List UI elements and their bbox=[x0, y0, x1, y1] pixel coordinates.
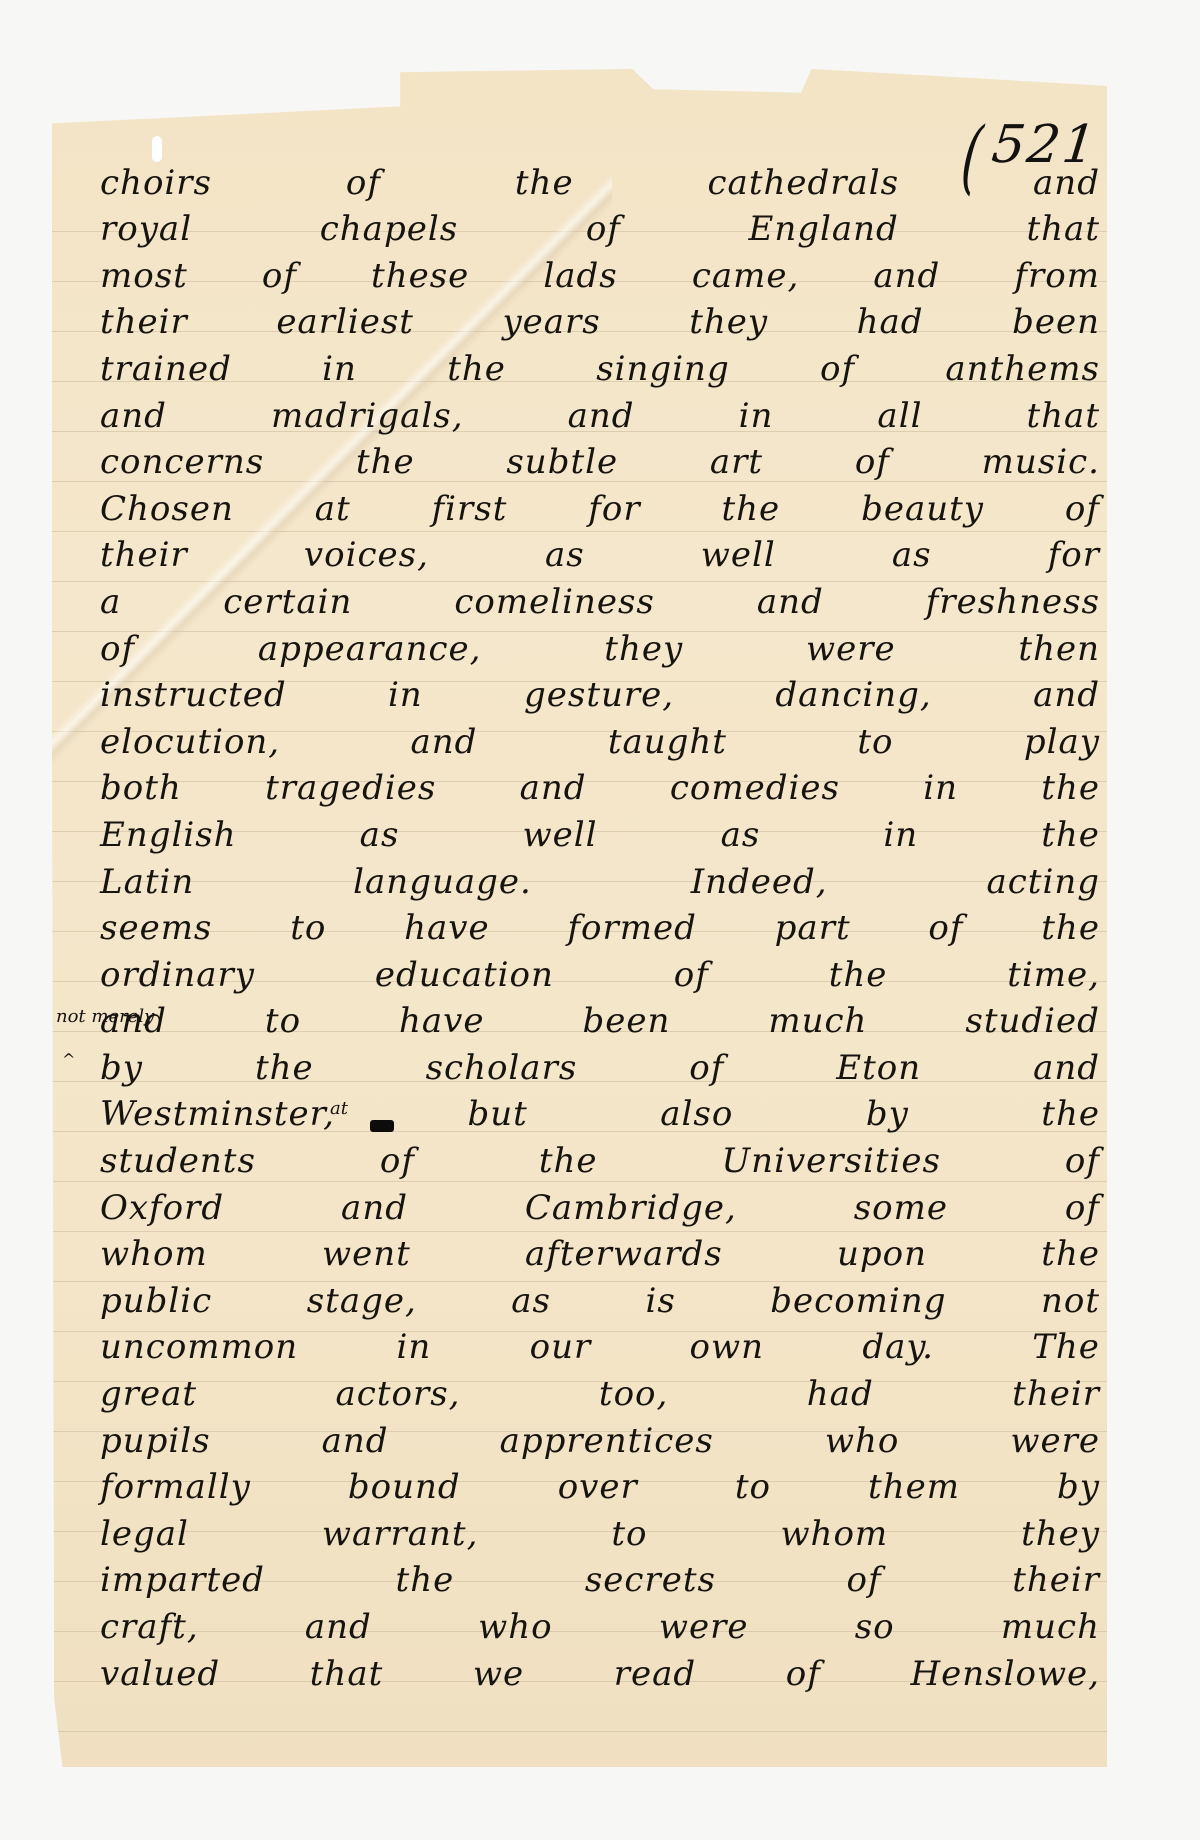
manuscript-word: and bbox=[873, 256, 940, 296]
manuscript-line: Englishaswellasinthe bbox=[100, 808, 1100, 855]
manuscript-word: whom bbox=[100, 1234, 208, 1274]
manuscript-word: of bbox=[1065, 1141, 1100, 1181]
manuscript-word: chapels bbox=[320, 209, 458, 249]
manuscript-word: they bbox=[689, 302, 768, 342]
manuscript-word: Universities bbox=[722, 1141, 941, 1181]
manuscript-word: years bbox=[502, 302, 600, 342]
manuscript-word: had bbox=[857, 302, 924, 342]
manuscript-word: been bbox=[582, 1001, 670, 1041]
manuscript-word: the bbox=[1041, 1234, 1100, 1274]
manuscript-word: been bbox=[1012, 302, 1100, 342]
manuscript-word: scholars bbox=[426, 1048, 578, 1088]
manuscript-line: craft,andwhoweresomuch bbox=[100, 1600, 1100, 1647]
manuscript-word: the bbox=[1041, 1094, 1100, 1134]
manuscript-word: their bbox=[100, 535, 188, 575]
manuscript-word: that bbox=[310, 1654, 384, 1694]
manuscript-line: mostoftheseladscame,andfrom bbox=[100, 249, 1100, 296]
manuscript-word: the bbox=[722, 489, 781, 529]
manuscript-word: over bbox=[558, 1467, 638, 1507]
manuscript-word: as bbox=[892, 535, 932, 575]
manuscript-word: well bbox=[701, 535, 776, 575]
manuscript-word: at bbox=[315, 489, 351, 529]
manuscript-word: for bbox=[1048, 535, 1100, 575]
manuscript-word: we bbox=[473, 1654, 524, 1694]
manuscript-word: lads bbox=[543, 256, 617, 296]
manuscript-word: who bbox=[825, 1421, 899, 1461]
manuscript-word: secrets bbox=[585, 1560, 716, 1600]
manuscript-word: have bbox=[399, 1001, 485, 1041]
manuscript-word: Chosen bbox=[100, 489, 234, 529]
manuscript-word: were bbox=[659, 1607, 749, 1647]
manuscript-word: these bbox=[371, 256, 469, 296]
manuscript-word: actors, bbox=[336, 1374, 461, 1414]
manuscript-word: of bbox=[1065, 1188, 1100, 1228]
manuscript-line: formallyboundovertothemby bbox=[100, 1461, 1100, 1508]
manuscript-word: to bbox=[290, 908, 326, 948]
manuscript-word: own bbox=[690, 1327, 764, 1367]
manuscript-word: craft, bbox=[100, 1607, 199, 1647]
manuscript-word: and bbox=[341, 1188, 408, 1228]
manuscript-word: and bbox=[568, 396, 635, 436]
manuscript-word: instructed bbox=[100, 675, 287, 715]
manuscript-word: their bbox=[1012, 1374, 1100, 1414]
manuscript-word: art bbox=[710, 442, 763, 482]
manuscript-line: bothtragediesandcomediesinthe bbox=[100, 762, 1100, 809]
manuscript-word: of bbox=[689, 1048, 724, 1088]
manuscript-word: of bbox=[346, 163, 381, 203]
manuscript-word: Oxford bbox=[100, 1188, 224, 1228]
manuscript-word: play bbox=[1024, 722, 1100, 762]
manuscript-line: choirsofthecathedralsand bbox=[100, 156, 1100, 203]
manuscript-word: madrigals, bbox=[271, 396, 464, 436]
manuscript-word: beauty bbox=[861, 489, 984, 529]
manuscript-line: whomwentafterwardsuponthe bbox=[100, 1228, 1100, 1275]
manuscript-word: imparted bbox=[100, 1560, 265, 1600]
manuscript-word: acting bbox=[986, 862, 1100, 902]
manuscript-word: and bbox=[100, 396, 167, 436]
manuscript-line: uncommoninourownday.The bbox=[100, 1321, 1100, 1368]
manuscript-word: to bbox=[857, 722, 893, 762]
manuscript-line: greatactors,too,hadtheir bbox=[100, 1367, 1100, 1414]
manuscript-word: came, bbox=[692, 256, 799, 296]
manuscript-word: the bbox=[1041, 908, 1100, 948]
manuscript-word: the bbox=[1041, 768, 1100, 808]
manuscript-word: and bbox=[305, 1607, 372, 1647]
manuscript-word: of bbox=[928, 908, 963, 948]
manuscript-word: choirs bbox=[100, 163, 212, 203]
manuscript-word: subtle bbox=[506, 442, 618, 482]
manuscript-word: Westminster, bbox=[100, 1094, 335, 1134]
manuscript-word: music. bbox=[982, 442, 1100, 482]
manuscript-word: of bbox=[674, 955, 709, 995]
manuscript-word: to bbox=[611, 1514, 647, 1554]
manuscript-word: education bbox=[375, 955, 554, 995]
manuscript-word: time, bbox=[1007, 955, 1100, 995]
manuscript-word: and bbox=[1033, 675, 1100, 715]
manuscript-line: theirvoices,aswellasfor bbox=[100, 529, 1100, 576]
manuscript-word: the bbox=[515, 163, 574, 203]
manuscript-word: some bbox=[854, 1188, 948, 1228]
manuscript-word: have bbox=[404, 908, 490, 948]
manuscript-word: trained bbox=[100, 349, 232, 389]
manuscript-word: anthems bbox=[945, 349, 1100, 389]
manuscript-word: for bbox=[588, 489, 640, 529]
manuscript-word: voices, bbox=[304, 535, 429, 575]
manuscript-word: much bbox=[768, 1001, 867, 1041]
manuscript-word: stage, bbox=[307, 1281, 417, 1321]
manuscript-word: the bbox=[255, 1048, 314, 1088]
manuscript-word: a bbox=[100, 582, 121, 622]
manuscript-word: day. bbox=[862, 1327, 934, 1367]
manuscript-word: Cambridge, bbox=[525, 1188, 737, 1228]
manuscript-text: choirsofthecathedralsandroyalchapelsofEn… bbox=[100, 156, 1100, 1694]
manuscript-word: the bbox=[396, 1560, 455, 1600]
manuscript-word: first bbox=[432, 489, 508, 529]
manuscript-word: of bbox=[262, 256, 297, 296]
manuscript-word: by bbox=[100, 1048, 143, 1088]
manuscript-word: ordinary bbox=[100, 955, 255, 995]
manuscript-word: most bbox=[100, 256, 188, 296]
manuscript-word: as bbox=[360, 815, 400, 855]
manuscript-word: so bbox=[855, 1607, 895, 1647]
manuscript-line: bythescholarsofEtonand bbox=[100, 1041, 1100, 1088]
manuscript-line: legalwarrant,towhomthey bbox=[100, 1507, 1100, 1554]
manuscript-word: bound bbox=[348, 1467, 461, 1507]
manuscript-word: language. bbox=[353, 862, 532, 902]
manuscript-word: formally bbox=[100, 1467, 251, 1507]
manuscript-line: theirearliestyearstheyhadbeen bbox=[100, 296, 1100, 343]
manuscript-word: great bbox=[100, 1374, 197, 1414]
interlinear-insertion-at: at bbox=[330, 1098, 348, 1119]
manuscript-line: ofappearance,theywerethen bbox=[100, 622, 1100, 669]
manuscript-word: is bbox=[645, 1281, 675, 1321]
manuscript-word: then bbox=[1018, 629, 1100, 669]
manuscript-word: elocution, bbox=[100, 722, 280, 762]
manuscript-word: were bbox=[806, 629, 896, 669]
struck-out-word bbox=[370, 1120, 394, 1132]
manuscript-line: Latinlanguage.Indeed,acting bbox=[100, 855, 1100, 902]
manuscript-word: legal bbox=[100, 1514, 189, 1554]
manuscript-word: of bbox=[100, 629, 135, 669]
manuscript-word: who bbox=[478, 1607, 552, 1647]
manuscript-word: becoming bbox=[770, 1281, 946, 1321]
manuscript-word: the bbox=[539, 1141, 598, 1181]
manuscript-word: the bbox=[1041, 815, 1100, 855]
manuscript-word: as bbox=[545, 535, 585, 575]
manuscript-word: went bbox=[322, 1234, 411, 1274]
manuscript-word: The bbox=[1032, 1327, 1100, 1367]
manuscript-line: andtohavebeenmuchstudied bbox=[100, 995, 1100, 1042]
manuscript-word: of bbox=[855, 442, 890, 482]
manuscript-word: certain bbox=[223, 582, 352, 622]
manuscript-word: concerns bbox=[100, 442, 264, 482]
manuscript-word: and bbox=[757, 582, 824, 622]
manuscript-line: elocution,andtaughttoplay bbox=[100, 715, 1100, 762]
manuscript-word: they bbox=[1021, 1514, 1100, 1554]
manuscript-line: acertaincomelinessandfreshness bbox=[100, 575, 1100, 622]
manuscript-word: in bbox=[396, 1327, 431, 1367]
manuscript-word: in bbox=[739, 396, 774, 436]
manuscript-word: had bbox=[807, 1374, 874, 1414]
manuscript-word: and bbox=[1033, 1048, 1100, 1088]
manuscript-line: valuedthatwereadofHenslowe, bbox=[100, 1647, 1100, 1694]
manuscript-word: Eton bbox=[836, 1048, 921, 1088]
manuscript-word: in bbox=[388, 675, 423, 715]
manuscript-word: of bbox=[820, 349, 855, 389]
manuscript-word: uncommon bbox=[100, 1327, 298, 1367]
manuscript-word: and bbox=[322, 1421, 389, 1461]
manuscript-word: cathedrals bbox=[708, 163, 900, 203]
marginal-insertion-not-merely: not merely bbox=[56, 1006, 154, 1027]
manuscript-word: whom bbox=[780, 1514, 888, 1554]
manuscript-word: but bbox=[467, 1094, 527, 1134]
manuscript-word: as bbox=[721, 815, 761, 855]
manuscript-word: pupils bbox=[100, 1421, 211, 1461]
manuscript-word: and bbox=[1033, 163, 1100, 203]
manuscript-word: the bbox=[447, 349, 506, 389]
manuscript-line: Chosenatfirstforthebeautyof bbox=[100, 482, 1100, 529]
manuscript-word: earliest bbox=[276, 302, 414, 342]
manuscript-word: formed bbox=[567, 908, 696, 948]
manuscript-word: both bbox=[100, 768, 182, 808]
manuscript-word: singing bbox=[596, 349, 730, 389]
manuscript-line: impartedthesecretsoftheir bbox=[100, 1554, 1100, 1601]
manuscript-word: were bbox=[1010, 1421, 1100, 1461]
manuscript-word: them bbox=[868, 1467, 960, 1507]
manuscript-word: that bbox=[1027, 396, 1101, 436]
manuscript-word: seems bbox=[100, 908, 212, 948]
manuscript-line: ordinaryeducationofthetime, bbox=[100, 948, 1100, 995]
insertion-caret: ^ bbox=[62, 1050, 75, 1069]
manuscript-line: Westminster,butalsobythe bbox=[100, 1088, 1100, 1135]
manuscript-word: the bbox=[829, 955, 888, 995]
manuscript-word: Indeed, bbox=[691, 862, 828, 902]
manuscript-word: in bbox=[883, 815, 918, 855]
manuscript-word: and bbox=[411, 722, 478, 762]
manuscript-line: OxfordandCambridge,someof bbox=[100, 1181, 1100, 1228]
manuscript-line: studentsoftheUniversitiesof bbox=[100, 1134, 1100, 1181]
manuscript-word: much bbox=[1001, 1607, 1100, 1647]
manuscript-word: part bbox=[775, 908, 851, 948]
manuscript-word: of bbox=[847, 1560, 882, 1600]
manuscript-word: by bbox=[866, 1094, 909, 1134]
manuscript-word: not bbox=[1041, 1281, 1100, 1321]
manuscript-word: Latin bbox=[100, 862, 194, 902]
manuscript-word: tragedies bbox=[265, 768, 436, 808]
manuscript-word: read bbox=[614, 1654, 696, 1694]
manuscript-word: royal bbox=[100, 209, 192, 249]
manuscript-word: students bbox=[100, 1141, 256, 1181]
manuscript-word: to bbox=[735, 1467, 771, 1507]
manuscript-word: of bbox=[786, 1654, 821, 1694]
manuscript-word: warrant, bbox=[322, 1514, 479, 1554]
manuscript-word: our bbox=[530, 1327, 592, 1367]
manuscript-word: that bbox=[1026, 209, 1100, 249]
manuscript-word: comeliness bbox=[454, 582, 655, 622]
manuscript-word: as bbox=[511, 1281, 551, 1321]
manuscript-word: comedies bbox=[670, 768, 840, 808]
manuscript-word: and bbox=[520, 768, 587, 808]
manuscript-line: pupilsandapprenticeswhowere bbox=[100, 1414, 1100, 1461]
manuscript-line: publicstage,asisbecomingnot bbox=[100, 1274, 1100, 1321]
manuscript-word: taught bbox=[608, 722, 727, 762]
manuscript-word: all bbox=[877, 396, 922, 436]
manuscript-word: in bbox=[923, 768, 958, 808]
manuscript-word: by bbox=[1057, 1467, 1100, 1507]
manuscript-word: too, bbox=[599, 1374, 668, 1414]
manuscript-word: freshness bbox=[926, 582, 1100, 622]
manuscript-line: instructedingesture,dancing,and bbox=[100, 669, 1100, 716]
manuscript-word: gesture, bbox=[524, 675, 674, 715]
manuscript-line: seemstohaveformedpartofthe bbox=[100, 902, 1100, 949]
manuscript-word: their bbox=[1012, 1560, 1100, 1600]
manuscript-word: of bbox=[1065, 489, 1100, 529]
manuscript-word: valued bbox=[100, 1654, 220, 1694]
manuscript-word: also bbox=[660, 1094, 733, 1134]
manuscript-word: upon bbox=[837, 1234, 927, 1274]
manuscript-word: English bbox=[100, 815, 237, 855]
manuscript-word: England bbox=[749, 209, 899, 249]
manuscript-word: Henslowe, bbox=[910, 1654, 1100, 1694]
manuscript-line: trainedinthesingingofanthems bbox=[100, 342, 1100, 389]
manuscript-word: apprentices bbox=[500, 1421, 714, 1461]
manuscript-word: the bbox=[356, 442, 415, 482]
manuscript-word: public bbox=[100, 1281, 212, 1321]
manuscript-word: they bbox=[604, 629, 683, 669]
manuscript-word: studied bbox=[965, 1001, 1100, 1041]
manuscript-word: of bbox=[586, 209, 621, 249]
manuscript-word: appearance, bbox=[258, 629, 482, 669]
manuscript-word: of bbox=[380, 1141, 415, 1181]
manuscript-word: their bbox=[100, 302, 188, 342]
manuscript-word: to bbox=[265, 1001, 301, 1041]
manuscript-word: in bbox=[322, 349, 357, 389]
manuscript-line: concernsthesubtleartofmusic. bbox=[100, 436, 1100, 483]
manuscript-word: well bbox=[522, 815, 597, 855]
manuscript-line: andmadrigals,andinallthat bbox=[100, 389, 1100, 436]
scanned-page: (521 choirsofthecathedralsandroyalchapel… bbox=[0, 0, 1200, 1840]
manuscript-word: afterwards bbox=[525, 1234, 723, 1274]
manuscript-line: royalchapelsofEnglandthat bbox=[100, 203, 1100, 250]
manuscript-word: from bbox=[1014, 256, 1100, 296]
manuscript-word: dancing, bbox=[775, 675, 931, 715]
